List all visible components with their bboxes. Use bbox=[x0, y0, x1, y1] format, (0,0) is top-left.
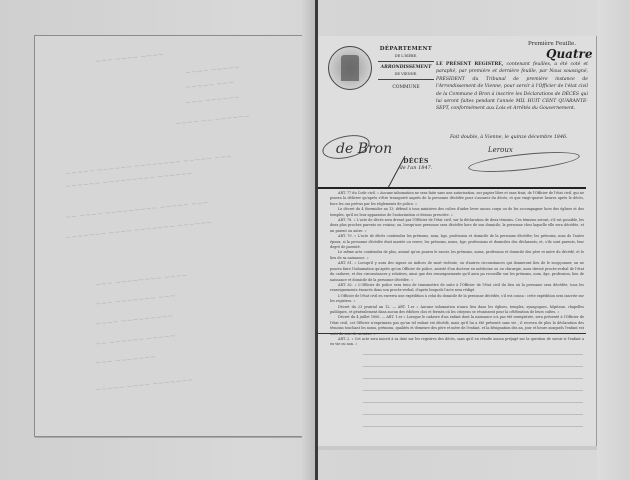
article-text: ART. 81. « Lorsqu'il y aura des signes o… bbox=[330, 261, 584, 283]
scan-margin bbox=[597, 0, 629, 480]
bleed-through-text: ~~~~ ~~~~~ bbox=[185, 63, 241, 77]
bleed-through-text: ~~~ ~~~~~~~ ~~~ bbox=[95, 292, 176, 308]
bleed-through-text: ~~~~ ~~ ~~~~~~ bbox=[175, 112, 250, 128]
article-text: ART. 79. « L'acte de décès contiendra le… bbox=[330, 234, 584, 250]
article-text: L'Officier de l'état civil en enverra un… bbox=[330, 294, 584, 305]
article-text: ART. 2. « Cet acte sera inscrit à sa dat… bbox=[330, 337, 584, 348]
bleed-through-text: ~~~ ~~~~ ~~~~ bbox=[95, 50, 164, 65]
register-line1: contenant bbox=[506, 62, 529, 67]
bleed-through-text: ~~~ ~~~~~~ bbox=[185, 93, 241, 107]
president-signature: Leroux bbox=[488, 146, 513, 154]
deces-title: DÉCÈS bbox=[394, 158, 438, 165]
header-divider bbox=[318, 187, 586, 189]
commune-label: COMMUNE bbox=[378, 85, 434, 90]
bleed-through-text: ~~~~ ~~~~~~~~~ bbox=[95, 312, 174, 328]
ruled-line bbox=[363, 366, 583, 367]
page-edge bbox=[318, 446, 598, 450]
bleed-through-text: ~~~ ~~~~~~~ bbox=[95, 353, 156, 367]
article-text: Le même acte contiendra de plus, autant … bbox=[330, 250, 584, 261]
register-opening: LE PRÉSENT REGISTRE, bbox=[436, 62, 503, 67]
bleed-through-text: ~~ ~~~~~~ ~~~~~ bbox=[95, 332, 176, 348]
binding-shadow bbox=[302, 0, 315, 480]
sheet-count-handwritten: Quatre bbox=[546, 47, 592, 61]
arrondissement-title: ARRONDISSEMENT bbox=[378, 65, 434, 70]
bleed-through-text: ~~~~~ ~~~~ ~~~~~~~ bbox=[95, 376, 194, 394]
left-page: ~~~ ~~~~ ~~~~ ~~~~ ~~~~~ ~~~~~ ~~~ ~~~ ~… bbox=[34, 35, 318, 437]
arrondissement-name: DE VIENNE. bbox=[378, 72, 434, 76]
ruled-line bbox=[363, 354, 583, 355]
department-column: DÉPARTEMENT DE L'ISÈRE. ARRONDISSEMENT D… bbox=[378, 46, 434, 90]
legal-articles: ART. 77 du Code civil. « Aucune inhumati… bbox=[330, 191, 584, 348]
ruled-line bbox=[363, 414, 583, 415]
ruled-line bbox=[363, 426, 583, 427]
article-text: ART. 77 du Code civil. « Aucune inhumati… bbox=[330, 191, 584, 207]
commune-name-handwritten: de Bron bbox=[336, 141, 392, 157]
register-header: DÉPARTEMENT DE L'ISÈRE. ARRONDISSEMENT D… bbox=[318, 36, 596, 176]
articles-divider bbox=[318, 333, 586, 334]
deces-year: de l'an 1847. bbox=[394, 165, 438, 171]
register-commune: Bron bbox=[479, 92, 490, 97]
article-text: ART. 78. « L'acte de décès sera dressé p… bbox=[330, 218, 584, 234]
ruled-line bbox=[363, 378, 583, 379]
bleed-through-text: ~~~~~ ~~~ bbox=[185, 78, 235, 91]
fait-double: Fait double, à Vienne, le quinze décembr… bbox=[450, 135, 568, 140]
right-page: DÉPARTEMENT DE L'ISÈRE. ARRONDISSEMENT D… bbox=[318, 36, 597, 449]
article-text: Décret du 23 prairial an 12. — ART. 1.er… bbox=[330, 305, 584, 316]
article-text: Le décret du 4 thermidor an 13, défend à… bbox=[330, 207, 584, 218]
ruled-line bbox=[363, 390, 583, 391]
bleed-through-text: ~~~ ~~~~~~~~ ~~~~ bbox=[95, 271, 188, 289]
bleed-through-text: ~~~~~~~ ~~~~ ~~~~~~~ ~~~~~~ bbox=[65, 218, 212, 241]
bleed-through-text: ~~ ~~~~ ~~~~~~~~~ ~~~~~ ~~~ bbox=[65, 199, 209, 222]
article-text: ART. 82. « L'Officier de police sera ten… bbox=[330, 283, 584, 294]
deces-box: DÉCÈS de l'an 1847. bbox=[394, 158, 438, 171]
ruled-line bbox=[363, 402, 583, 403]
register-declaration: LE PRÉSENT REGISTRE, contenant feuilles,… bbox=[436, 61, 588, 113]
imperial-seal-icon bbox=[328, 46, 372, 90]
signature-flourish-icon bbox=[467, 148, 580, 176]
department-name: DE L'ISÈRE. bbox=[378, 54, 434, 58]
department-title: DÉPARTEMENT bbox=[378, 46, 434, 52]
